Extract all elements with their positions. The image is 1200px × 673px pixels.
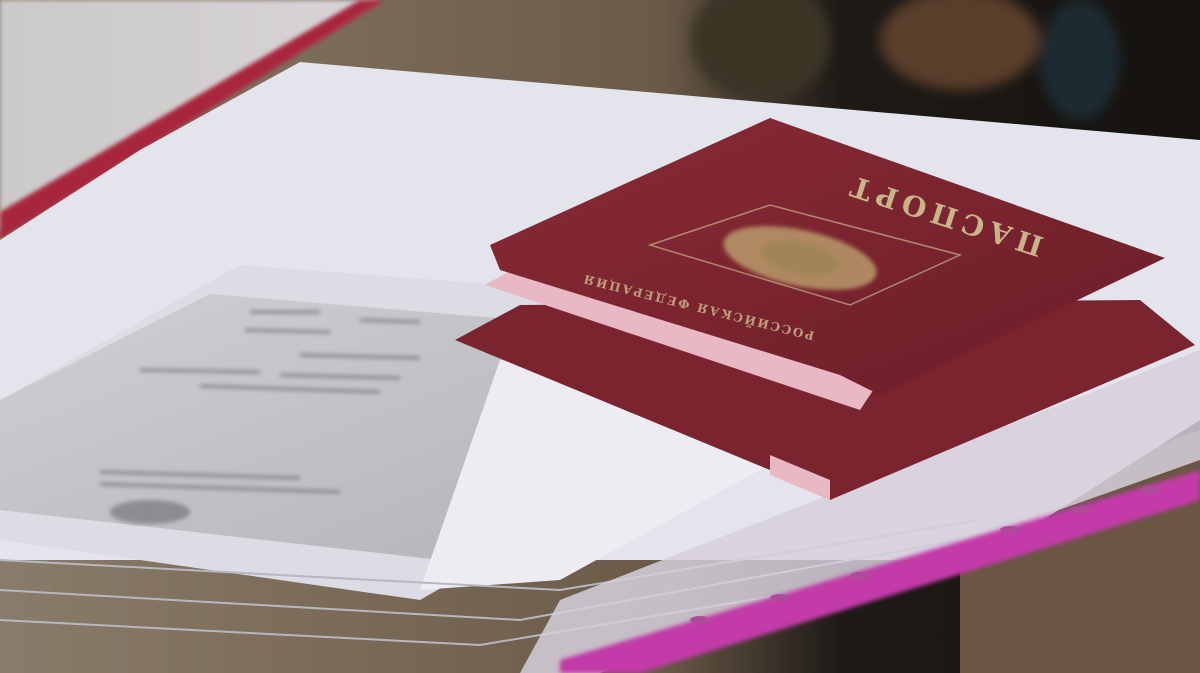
- passport-text-layer: ПАСПОРТ РОССИЙСКАЯ ФЕДЕРАЦИЯ: [0, 0, 1200, 673]
- passport-subtitle: РОССИЙСКАЯ ФЕДЕРАЦИЯ: [580, 271, 816, 344]
- passport-title: ПАСПОРТ: [841, 168, 1047, 263]
